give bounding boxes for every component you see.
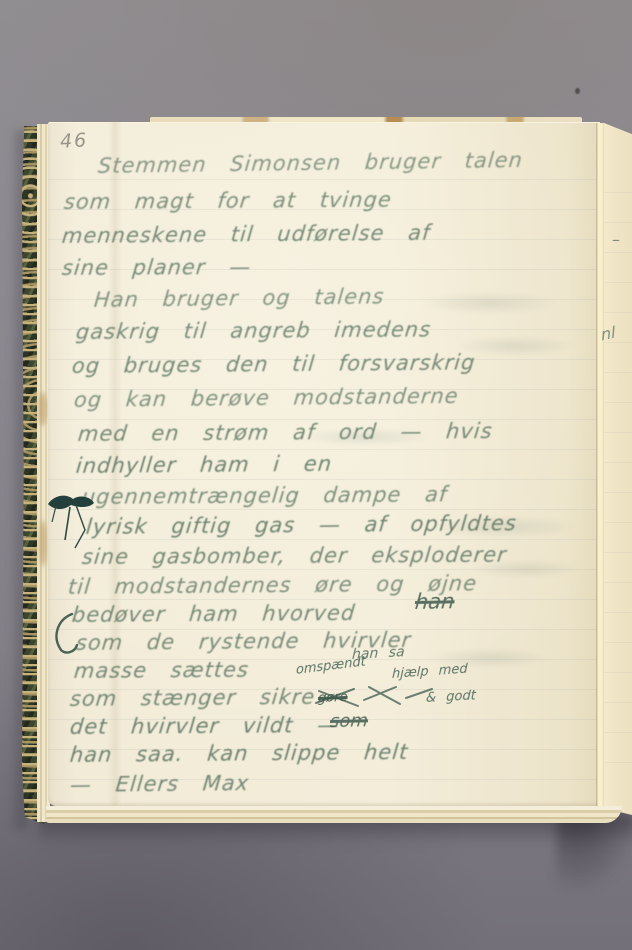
- opposite-page-fragment: nl: [600, 324, 616, 343]
- ink-blot-mark: [46, 488, 98, 552]
- opposite-page-fragment: –: [611, 232, 621, 248]
- pen-hook-mark: [50, 610, 84, 658]
- notebook-photo: 46 Stemmen Simonsen bruger talensom magt…: [0, 0, 632, 950]
- scribble-mark: [312, 682, 442, 712]
